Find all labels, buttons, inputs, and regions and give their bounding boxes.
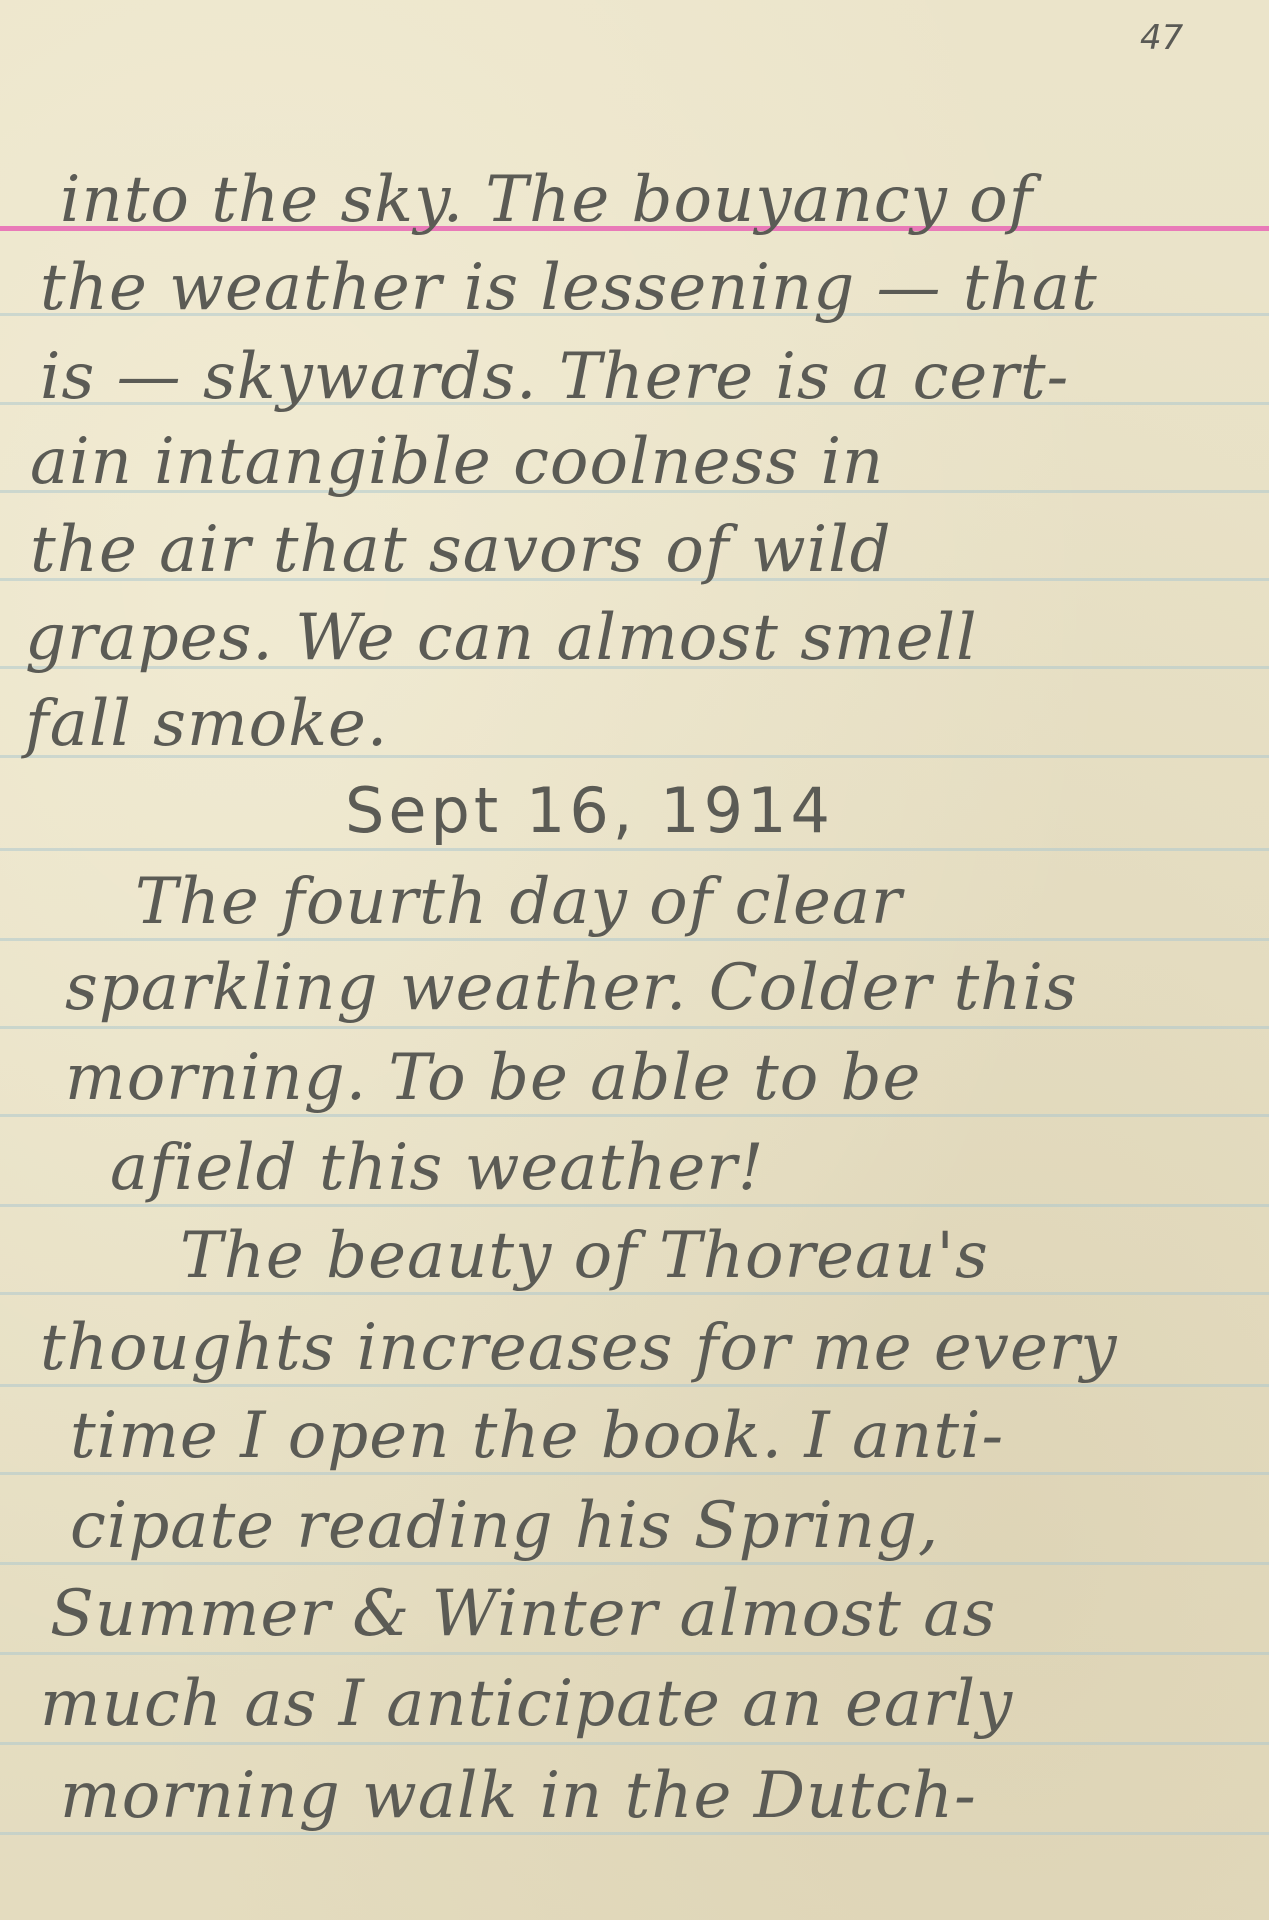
text-line: cipate reading his Spring, bbox=[70, 1494, 939, 1558]
text-line: ain intangible coolness in bbox=[30, 430, 884, 494]
text-line: morning. To be able to be bbox=[65, 1046, 921, 1110]
entry-date: Sept 16, 1914 bbox=[345, 780, 834, 842]
text-line: grapes. We can almost smell bbox=[25, 606, 978, 670]
text-line: is — skywards. There is a cert- bbox=[40, 345, 1069, 409]
text-line: the air that savors of wild bbox=[30, 518, 892, 582]
page-number: 47 bbox=[1140, 18, 1183, 58]
text-line: Summer & Winter almost as bbox=[50, 1582, 996, 1646]
text-line: into the sky. The bouyancy of bbox=[60, 168, 1033, 232]
ruled-line bbox=[0, 1652, 1269, 1655]
ruled-line bbox=[0, 848, 1269, 851]
text-line: morning walk in the Dutch- bbox=[60, 1764, 977, 1828]
text-line: the weather is lessening — that bbox=[40, 256, 1098, 320]
text-line: afield this weather! bbox=[110, 1136, 765, 1200]
text-line: fall smoke. bbox=[25, 692, 388, 756]
text-line: The beauty of Thoreau's bbox=[180, 1224, 989, 1288]
text-line: time I open the book. I anti- bbox=[70, 1404, 1004, 1468]
text-line: The fourth day of clear bbox=[135, 870, 903, 934]
text-line: thoughts increases for me every bbox=[40, 1316, 1118, 1380]
text-line: much as I anticipate an early bbox=[40, 1672, 1013, 1736]
text-line: sparkling weather. Colder this bbox=[65, 956, 1078, 1020]
ruled-line bbox=[0, 1026, 1269, 1029]
notebook-page: 47 into the sky. The bouyancy of the wea… bbox=[0, 0, 1269, 1920]
ruled-line bbox=[0, 1742, 1269, 1745]
